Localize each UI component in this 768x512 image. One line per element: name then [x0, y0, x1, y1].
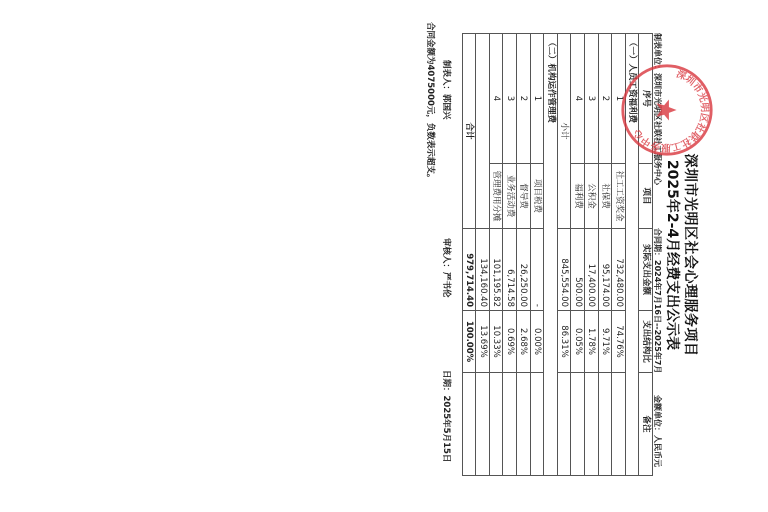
table-row: 2社保费95,174.009.71% [598, 34, 612, 476]
table-row: 3业务活动费6,714.580.69% [503, 34, 517, 476]
item-cell: 社保费 [598, 164, 612, 229]
note-cell [598, 373, 612, 476]
item-cell: 业务活动费 [503, 164, 517, 229]
ratio-cell: 0.69% [503, 311, 517, 373]
table-row: 4福利费500.000.05% [571, 34, 585, 476]
item-cell: 督导费 [517, 164, 531, 229]
subtotal-label: 小计 [557, 34, 571, 229]
table-row: 小计845,554.0086.31% [557, 34, 571, 476]
note-cell [489, 373, 503, 476]
table-header-row: 序号 项目 实际支出金额 支出结构比 备注 [639, 34, 653, 476]
document-title: 深圳市光明区社会心理服务项目 [681, 20, 701, 490]
header-ratio: 支出结构比 [639, 311, 653, 373]
ratio-cell: 1.78% [585, 311, 599, 373]
header-note: 备注 [639, 373, 653, 476]
note-cell [557, 373, 571, 476]
contract-period: 合同期：2024年7月16日--2025年7月 [652, 228, 663, 373]
ratio-cell: 13.69% [476, 311, 490, 373]
amount-cell: 979,714.40 [462, 229, 476, 311]
seq-cell: 1 [612, 34, 626, 164]
seq-cell: 3 [503, 34, 517, 164]
ratio-cell: 74.76% [612, 311, 626, 373]
seq-cell: 4 [571, 34, 585, 164]
amount-cell: 17,400.00 [585, 229, 599, 311]
note-cell [462, 373, 476, 476]
footnote: 合同金额为4075000元，负数表示超支。 [425, 22, 437, 182]
preparing-unit: 制表单位：深圳市光明区社联社工服务中心 [652, 33, 663, 185]
table-row: 2督导费26,250.002.68% [517, 34, 531, 476]
table-row: 1社工工资奖金732,480.0074.76% [612, 34, 626, 476]
header-item: 项目 [639, 164, 653, 229]
amount-cell: 500.00 [571, 229, 585, 311]
ratio-cell: 9.71% [598, 311, 612, 373]
item-cell: 项目税费 [530, 164, 544, 229]
amount-cell: 732,480.00 [612, 229, 626, 311]
note-cell [530, 373, 544, 476]
table-row: 1项目税费-0.00% [530, 34, 544, 476]
subtotal-label [476, 34, 490, 229]
item-cell: 社工工资奖金 [612, 164, 626, 229]
ratio-cell: 0.05% [571, 311, 585, 373]
header-amount: 实际支出金额 [639, 229, 653, 311]
expense-table: 序号 项目 实际支出金额 支出结构比 备注 （一）人员工资福利费1社工工资奖金7… [462, 33, 653, 476]
document-subtitle: 2025年2-4月经费支出公示表 [663, 20, 683, 490]
seq-cell: 2 [598, 34, 612, 164]
ratio-cell: 0.00% [530, 311, 544, 373]
seq-cell: 2 [517, 34, 531, 164]
note-cell [503, 373, 517, 476]
amount-cell: 101,195.82 [489, 229, 503, 311]
ratio-cell: 100.00% [462, 311, 476, 373]
amount-cell: 95,174.00 [598, 229, 612, 311]
report-date: 日期：2025年5月15日 [441, 370, 453, 462]
ratio-cell: 2.68% [517, 311, 531, 373]
preparer: 制表人：郭国兴 [441, 60, 453, 120]
table-row: 4管理费用分摊101,195.8210.33% [489, 34, 503, 476]
section-label: （一）人员工资福利费 [625, 34, 639, 476]
seq-cell: 1 [530, 34, 544, 164]
note-cell [571, 373, 585, 476]
seq-cell: 4 [489, 34, 503, 164]
amount-cell: - [530, 229, 544, 311]
table-row: （一）人员工资福利费 [625, 34, 639, 476]
amount-unit: 金额单位：人民币元 [652, 395, 663, 467]
amount-cell: 134,160.40 [476, 229, 490, 311]
note-cell [585, 373, 599, 476]
header-seq: 序号 [639, 34, 653, 164]
note-cell [517, 373, 531, 476]
amount-cell: 6,714.58 [503, 229, 517, 311]
seq-cell: 3 [585, 34, 599, 164]
total-label: 合计 [462, 34, 476, 229]
section-label: （二）机构运作管理费 [544, 34, 558, 476]
amount-cell: 26,250.00 [517, 229, 531, 311]
table-row: 合计979,714.40100.00% [462, 34, 476, 476]
note-cell [612, 373, 626, 476]
item-cell: 管理费用分摊 [489, 164, 503, 229]
item-cell: 公积金 [585, 164, 599, 229]
ratio-cell: 86.31% [557, 311, 571, 373]
expense-disclosure-document: 深圳市光明区社会心理服务项目 2025年2-4月经费支出公示表 制表单位：深圳市… [415, 20, 705, 490]
ratio-cell: 10.33% [489, 311, 503, 373]
table-row: 134,160.4013.69% [476, 34, 490, 476]
table-row: （二）机构运作管理费 [544, 34, 558, 476]
reviewer: 审核人：严书伦 [441, 238, 453, 298]
note-cell [476, 373, 490, 476]
item-cell: 福利费 [571, 164, 585, 229]
amount-cell: 845,554.00 [557, 229, 571, 311]
table-row: 3公积金17,400.001.78% [585, 34, 599, 476]
